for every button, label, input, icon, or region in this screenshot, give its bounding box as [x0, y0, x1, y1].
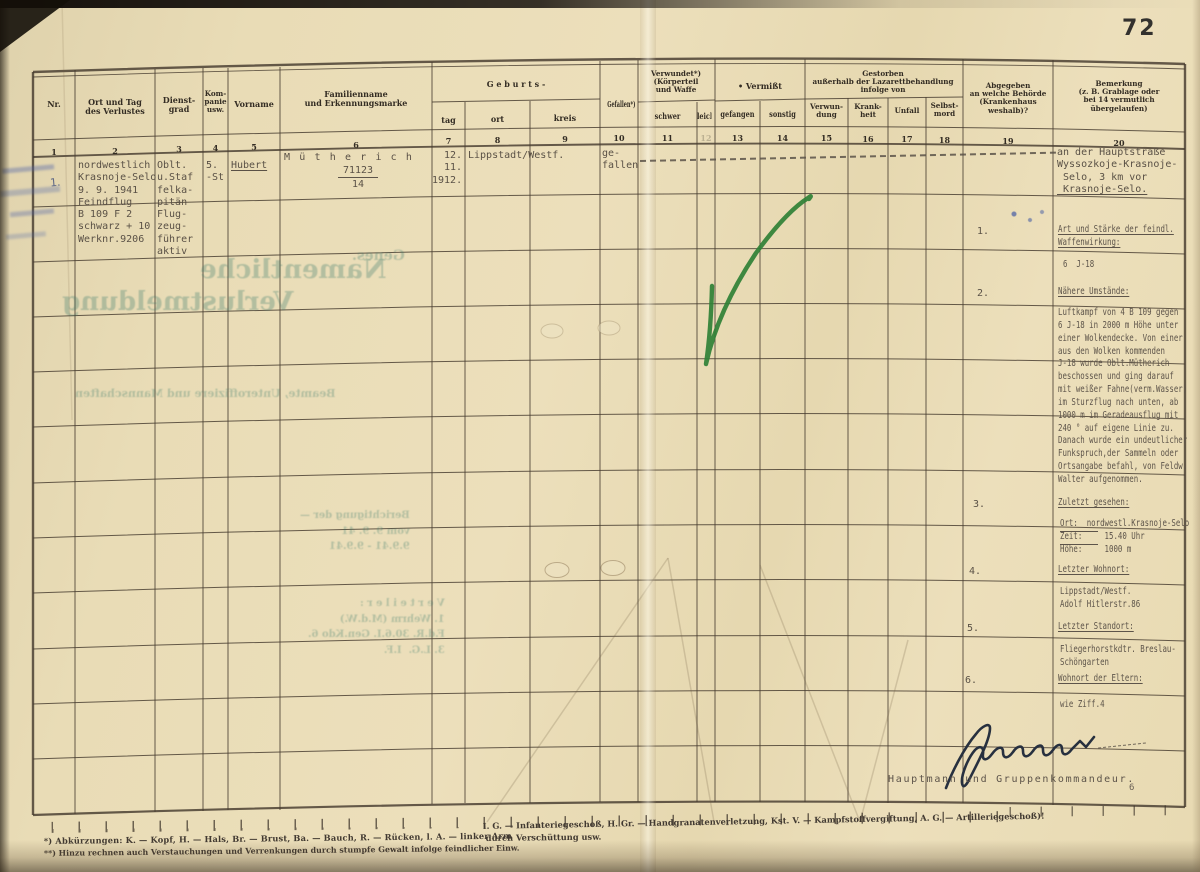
bleedthrough-subtitle: Beamte, Unteroffiziere und Mannschaften	[75, 385, 336, 402]
footnote-line1-right: I. G. — Infanteriegeschoß, H. Gr. — Hand…	[483, 811, 1045, 831]
blue-stamp-smudge	[0, 186, 60, 197]
bleedthrough-block2: V e r t e i l e r : 1. Wehrm (M.d.W.) F.…	[308, 596, 445, 658]
footnote-area: *) Abkürzungen: K. — Kopf, H. — Hals, Br…	[0, 0, 1200, 872]
footnote-line2-right: durch Verschüttung usw.	[486, 832, 602, 843]
blue-stamp-smudge	[2, 164, 54, 174]
blue-ink-specks	[1008, 208, 1048, 228]
bleedthrough-note-small: Genes.	[352, 246, 405, 268]
blue-stamp-smudge	[6, 231, 46, 239]
bleedthrough-title-line2: Verlustmeldung	[62, 282, 294, 322]
scanned-loss-report-page: Nr. Ort und Tag des Verlustes Dienst- gr…	[0, 0, 1200, 872]
green-checkmark-stroke	[706, 196, 811, 364]
green-checkmark	[660, 150, 860, 410]
blue-stamp	[0, 155, 77, 271]
bleedthrough-block1: Berichtigung der — vom 9. 9. 41 9.9.41 -…	[300, 508, 410, 555]
page-number: 72	[1122, 16, 1157, 41]
footnote-line2-left: **) Hinzu rechnen auch Verstauchungen un…	[44, 844, 520, 858]
blue-stamp-smudge	[10, 208, 54, 217]
